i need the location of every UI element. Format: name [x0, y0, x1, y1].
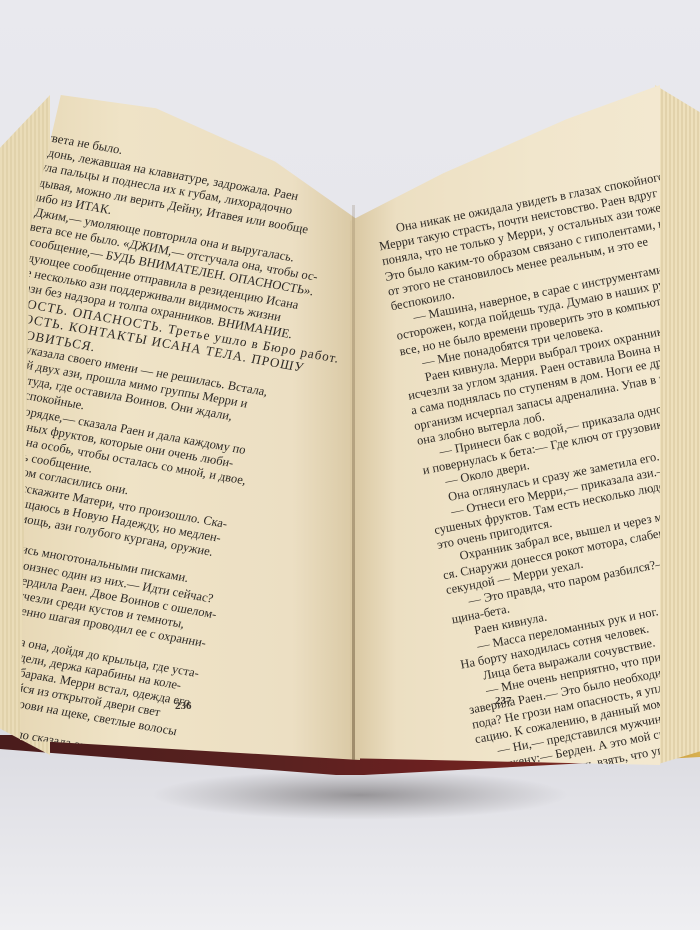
right-page-text: Она никак не ожидала увидеть в глазах сп… [375, 168, 660, 765]
left-page: Ответа не было.Ладонь, лежавшая на клави… [20, 95, 360, 760]
page-number-left: 236 [175, 700, 192, 712]
right-page: Она никак не ожидала увидеть в глазах сп… [350, 85, 660, 765]
right-page-stack [655, 85, 700, 765]
book-gutter [352, 205, 355, 760]
book-shadow [150, 770, 570, 820]
page-number-right: 237 [495, 695, 512, 707]
left-page-text: Ответа не было.Ладонь, лежавшая на клави… [20, 125, 345, 760]
